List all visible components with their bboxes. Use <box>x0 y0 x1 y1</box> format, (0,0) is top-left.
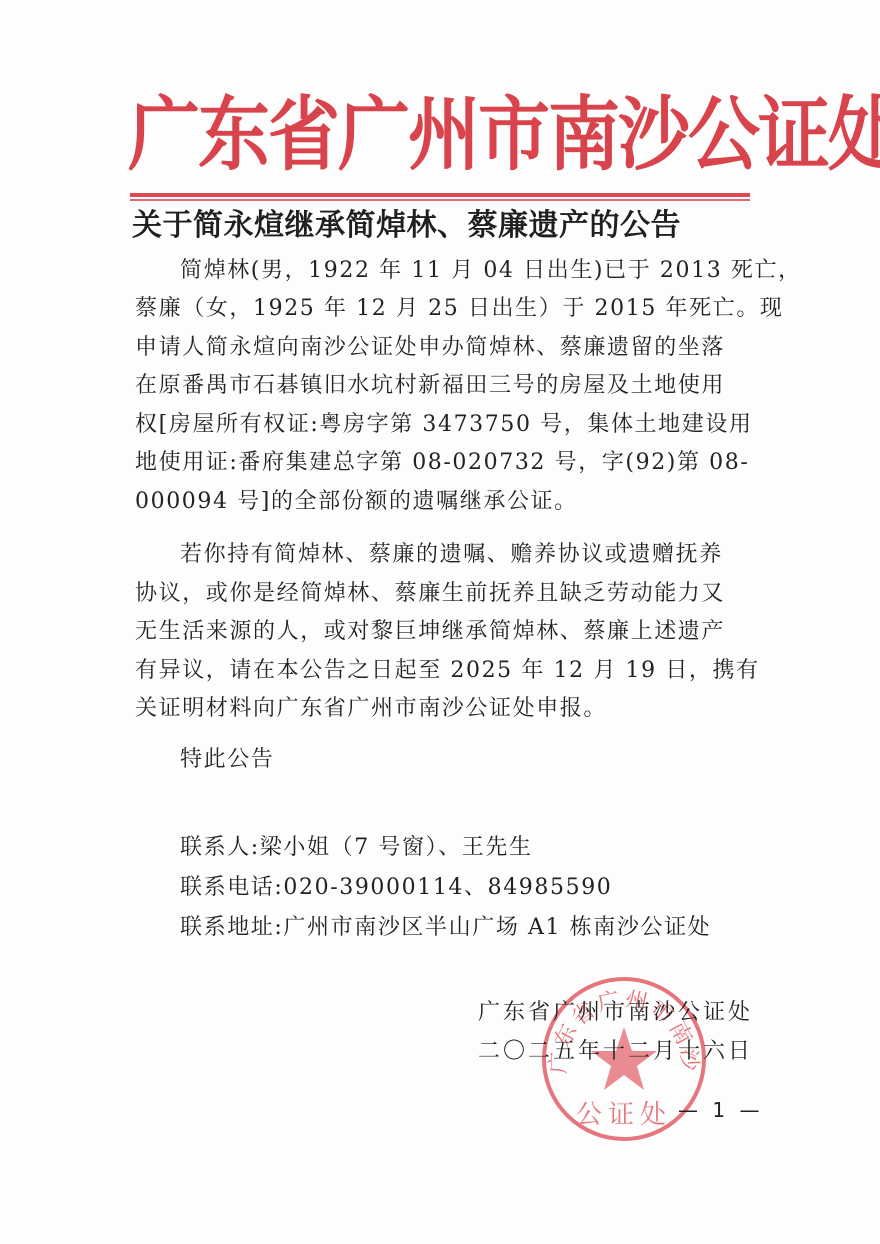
signature-organization: 广东省广州市南沙公证处 <box>478 998 753 1028</box>
paragraph1-line: 地使用证:番府集建总字第 08-020732 号，字(92)第 08- <box>135 448 750 478</box>
paragraph1-line: 权[房屋所有权证:粤房字第 3473750 号，集体土地建设用 <box>135 410 750 440</box>
paragraph2-line: 无生活来源的人，或对黎巨坤继承简焯林、蔡廉上述遗产 <box>135 617 750 647</box>
paragraph1-line: 000094 号]的全部份额的遗嘱继承公证。 <box>135 487 750 517</box>
contact-person: 联系人:梁小姐（7 号窗）、王先生 <box>180 833 795 863</box>
paragraph2-line: 若你持有简焯林、蔡廉的遗嘱、赡养协议或遗赠抚养 <box>180 540 795 570</box>
contact-phone: 联系电话:020-39000114、84985590 <box>180 873 795 903</box>
seal-bottom-text: 公证处 <box>576 1100 672 1130</box>
closing-phrase: 特此公告 <box>180 745 795 775</box>
notice-title: 关于简永煊继承简焯林、蔡廉遗产的公告 <box>132 206 752 246</box>
paragraph2-line: 协议，或你是经简焯林、蔡廉生前抚养且缺乏劳动能力又 <box>135 579 750 609</box>
letterhead-organization: 广东省广州市南沙公证处 <box>128 84 758 185</box>
signature-date: 二〇二五年十二月十六日 <box>478 1037 753 1067</box>
paragraph1-line: 蔡廉（女，1925 年 12 月 25 日出生）于 2015 年死亡。现 <box>135 294 750 324</box>
document-page: 广东省广州市南沙公证处 关于简永煊继承简焯林、蔡廉遗产的公告 简焯林(男，192… <box>0 0 880 1244</box>
paragraph2-line: 关证明材料向广东省广州市南沙公证处申报。 <box>135 694 750 724</box>
paragraph1-line: 简焯林(男，1922 年 11 月 04 日出生)已于 2013 死亡， <box>180 256 795 286</box>
paragraph2-line: 有异议，请在本公告之日起至 2025 年 12 月 19 日，携有 <box>135 656 750 686</box>
letterhead-rule-thick <box>130 193 750 197</box>
contact-address: 联系地址:广州市南沙区半山广场 A1 栋南沙公证处 <box>180 913 795 943</box>
paragraph1-line: 申请人简永煊向南沙公证处申办简焯林、蔡廉遗留的坐落 <box>135 333 750 363</box>
page-number: — 1 — <box>678 1097 763 1123</box>
letterhead-rule-thin <box>130 199 750 201</box>
paragraph1-line: 在原番禺市石碁镇旧水坑村新福田三号的房屋及土地使用 <box>135 371 750 401</box>
